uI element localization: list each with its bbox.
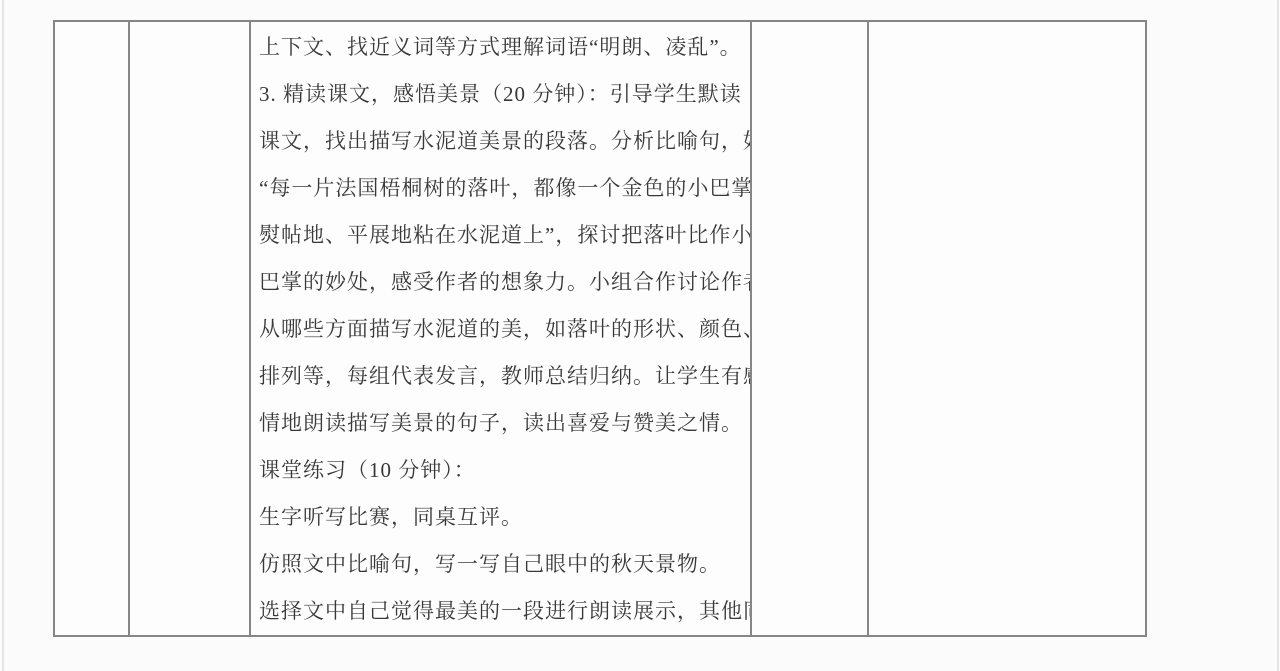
lesson-text-line: 情地朗读描写美景的句子，读出喜爱与赞美之情。 bbox=[259, 400, 745, 447]
lesson-text-line: 选择文中自己觉得最美的一段进行朗读展示，其他同 bbox=[259, 588, 745, 635]
table-cell-col2 bbox=[130, 22, 251, 635]
lesson-text-line: 仿照文中比喻句，写一写自己眼中的秋天景物。 bbox=[259, 541, 745, 588]
lesson-text-line: 上下文、找近义词等方式理解词语“明朗、凌乱”。 bbox=[259, 24, 745, 71]
lesson-text-line: 从哪些方面描写水泥道的美，如落叶的形状、颜色、 bbox=[259, 306, 745, 353]
lesson-text-line: 课文，找出描写水泥道美景的段落。分析比喻句，如 bbox=[259, 118, 745, 165]
lesson-text-line: 排列等，每组代表发言，教师总结归纳。让学生有感 bbox=[259, 353, 745, 400]
table-cell-col4 bbox=[752, 22, 869, 635]
table-cell-col5 bbox=[869, 22, 1145, 635]
scan-edge-right bbox=[1277, 0, 1279, 671]
lesson-text-line: 生字听写比赛，同桌互评。 bbox=[259, 494, 745, 541]
lesson-text-line: 巴掌的妙处，感受作者的想象力。小组合作讨论作者 bbox=[259, 259, 745, 306]
lesson-text-line: 3. 精读课文，感悟美景（20 分钟）：引导学生默读 bbox=[259, 71, 745, 118]
scan-edge-left bbox=[2, 0, 4, 671]
lesson-plan-table: 上下文、找近义词等方式理解词语“明朗、凌乱”。 3. 精读课文，感悟美景（20 … bbox=[53, 20, 1147, 637]
lesson-text-line: “每一片法国梧桐树的落叶，都像一个金色的小巴掌， bbox=[259, 165, 745, 212]
table-cell-teaching-process: 上下文、找近义词等方式理解词语“明朗、凌乱”。 3. 精读课文，感悟美景（20 … bbox=[251, 22, 752, 635]
table-cell-col1 bbox=[55, 22, 130, 635]
scanned-document-page: { "colors": { "page_background": "#fbfbf… bbox=[0, 0, 1280, 671]
lesson-text-line: 课堂练习（10 分钟）： bbox=[259, 447, 745, 494]
lesson-text-line: 熨帖地、平展地粘在水泥道上”，探讨把落叶比作小 bbox=[259, 212, 745, 259]
